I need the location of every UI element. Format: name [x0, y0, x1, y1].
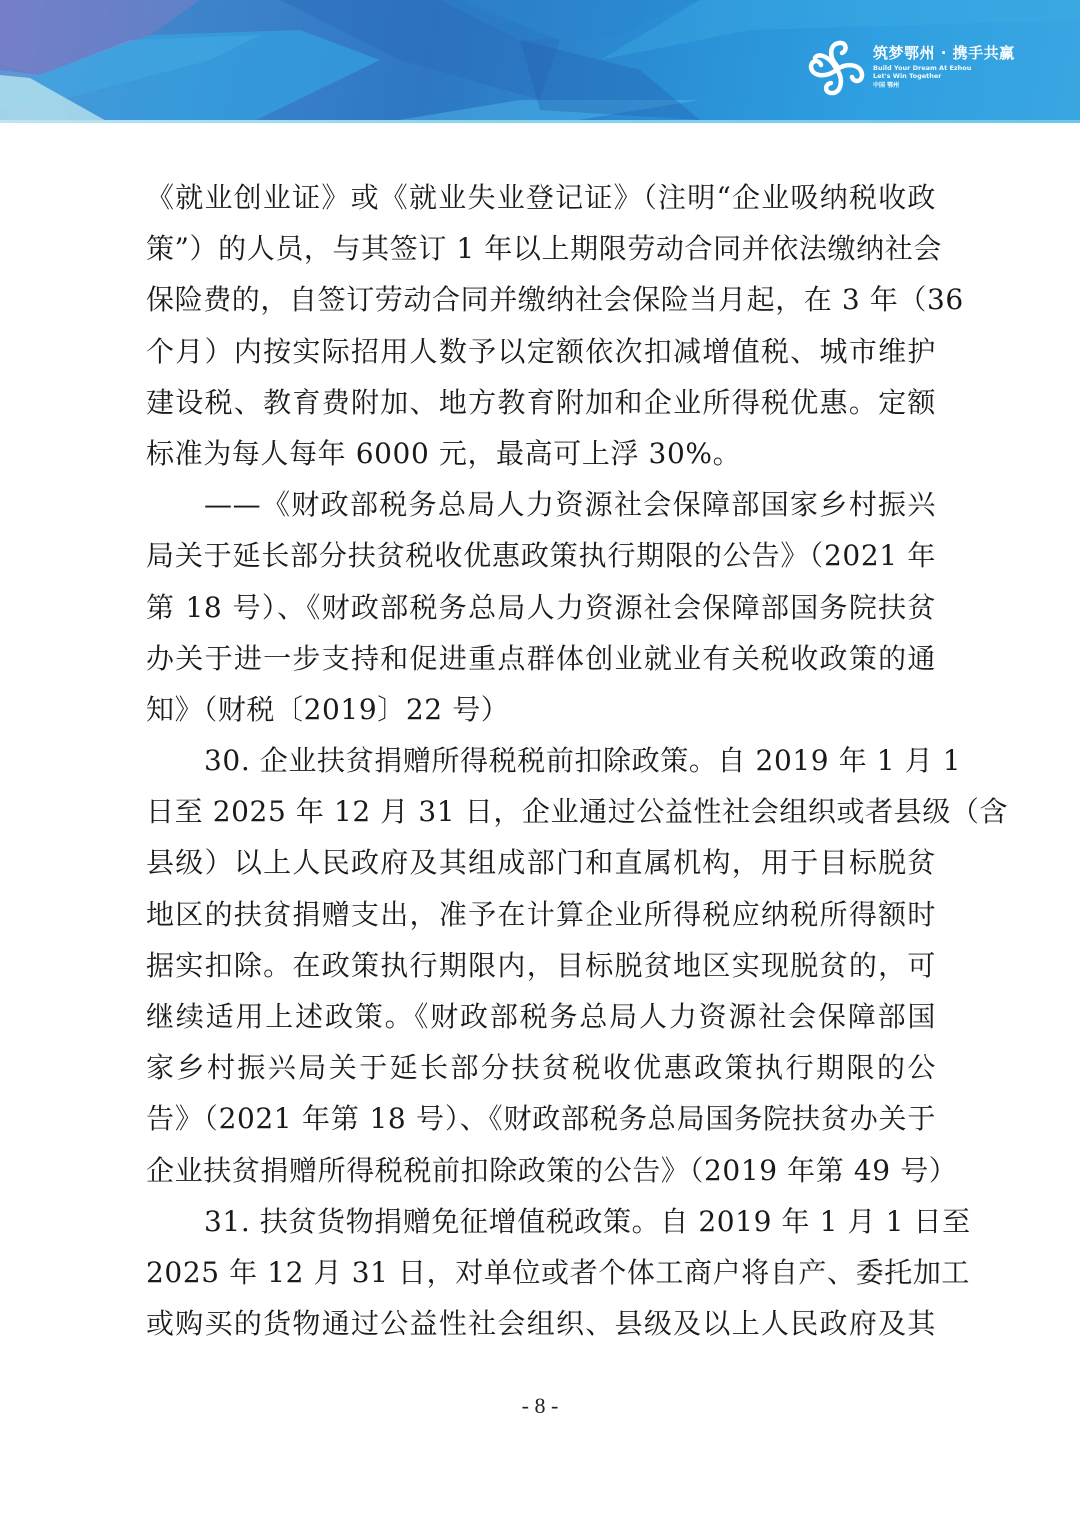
citation-line: 局关于延长部分扶贫税收优惠政策执行期限的公告》（2021 年 [146, 530, 936, 581]
section-31-heading-line: 31. 扶贫货物捐赠免征增值税政策。自 2019 年 1 月 1 日至 [146, 1196, 936, 1247]
location-label: 中国 鄂州 [873, 82, 1015, 90]
text-line: 县级）以上人民政府及其组成部门和直属机构，用于目标脱贫 [146, 837, 936, 888]
text-line: 策”）的人员，与其签订 1 年以上期限劳动合同并依法缴纳社会 [146, 223, 936, 274]
text-line: 地区的扶贫捐赠支出，准予在计算企业所得税应纳税所得额时 [146, 889, 936, 940]
header-banner: 筑梦鄂州 · 携手共赢 Build Your Dream At Ezhou Le… [0, 0, 1080, 123]
text-line: 个月）内按实际招用人数予以定额依次扣减增值税、城市维护 [146, 326, 936, 377]
text-line: 建设税、教育费附加、地方教育附加和企业所得税优惠。定额 [146, 377, 936, 428]
logo-text: 筑梦鄂州 · 携手共赢 Build Your Dream At Ezhou Le… [873, 44, 1015, 90]
slogan-english-2: Let's Win Together [873, 72, 1015, 80]
text-line: 据实扣除。在政策执行期限内，目标脱贫地区实现脱贫的，可 [146, 940, 936, 991]
text-line: 2025 年 12 月 31 日，对单位或者个体工商户将自产、委托加工 [146, 1247, 936, 1298]
document-body: 《就业创业证》或《就业失业登记证》（注明“企业吸纳税收政 策”）的人员，与其签订… [146, 172, 936, 1349]
text-line: 保险费的，自签订劳动合同并缴纳社会保险当月起，在 3 年（36 [146, 274, 936, 325]
text-line: 或购买的货物通过公益性社会组织、县级及以上人民政府及其 [146, 1298, 936, 1349]
text-line: 日至 2025 年 12 月 31 日，企业通过公益性社会组织或者县级（含 [146, 786, 936, 837]
text-line: 企业扶贫捐赠所得税税前扣除政策的公告》（2019 年第 49 号） [146, 1145, 936, 1196]
text-line: 告》（2021 年第 18 号）、《财政部税务总局国务院扶贫办关于 [146, 1093, 936, 1144]
text-line: 继续适用上述政策。《财政部税务总局人力资源社会保障部国 [146, 991, 936, 1042]
citation-line: 办关于进一步支持和促进重点群体创业就业有关税收政策的通 [146, 633, 936, 684]
text-line: 标准为每人每年 6000 元，最高可上浮 30%。 [146, 428, 936, 479]
slogan-english-1: Build Your Dream At Ezhou [873, 64, 1015, 72]
text-line: 家乡村振兴局关于延长部分扶贫税收优惠政策执行期限的公 [146, 1042, 936, 1093]
citation-line: 第 18 号）、《财政部税务总局人力资源社会保障部国务院扶贫 [146, 582, 936, 633]
slogan-chinese: 筑梦鄂州 · 携手共赢 [873, 44, 1015, 62]
banner-bottom-line [0, 120, 1080, 123]
page-number: - 8 - [0, 1393, 1080, 1419]
plum-blossom-logo-icon [806, 38, 868, 100]
text-line: 《就业创业证》或《就业失业登记证》（注明“企业吸纳税收政 [146, 172, 936, 223]
citation-line: 知》（财税〔2019〕22 号） [146, 684, 936, 735]
citation-line: ——《财政部税务总局人力资源社会保障部国家乡村振兴 [146, 479, 936, 530]
section-30-heading-line: 30. 企业扶贫捐赠所得税税前扣除政策。自 2019 年 1 月 1 [146, 735, 936, 786]
